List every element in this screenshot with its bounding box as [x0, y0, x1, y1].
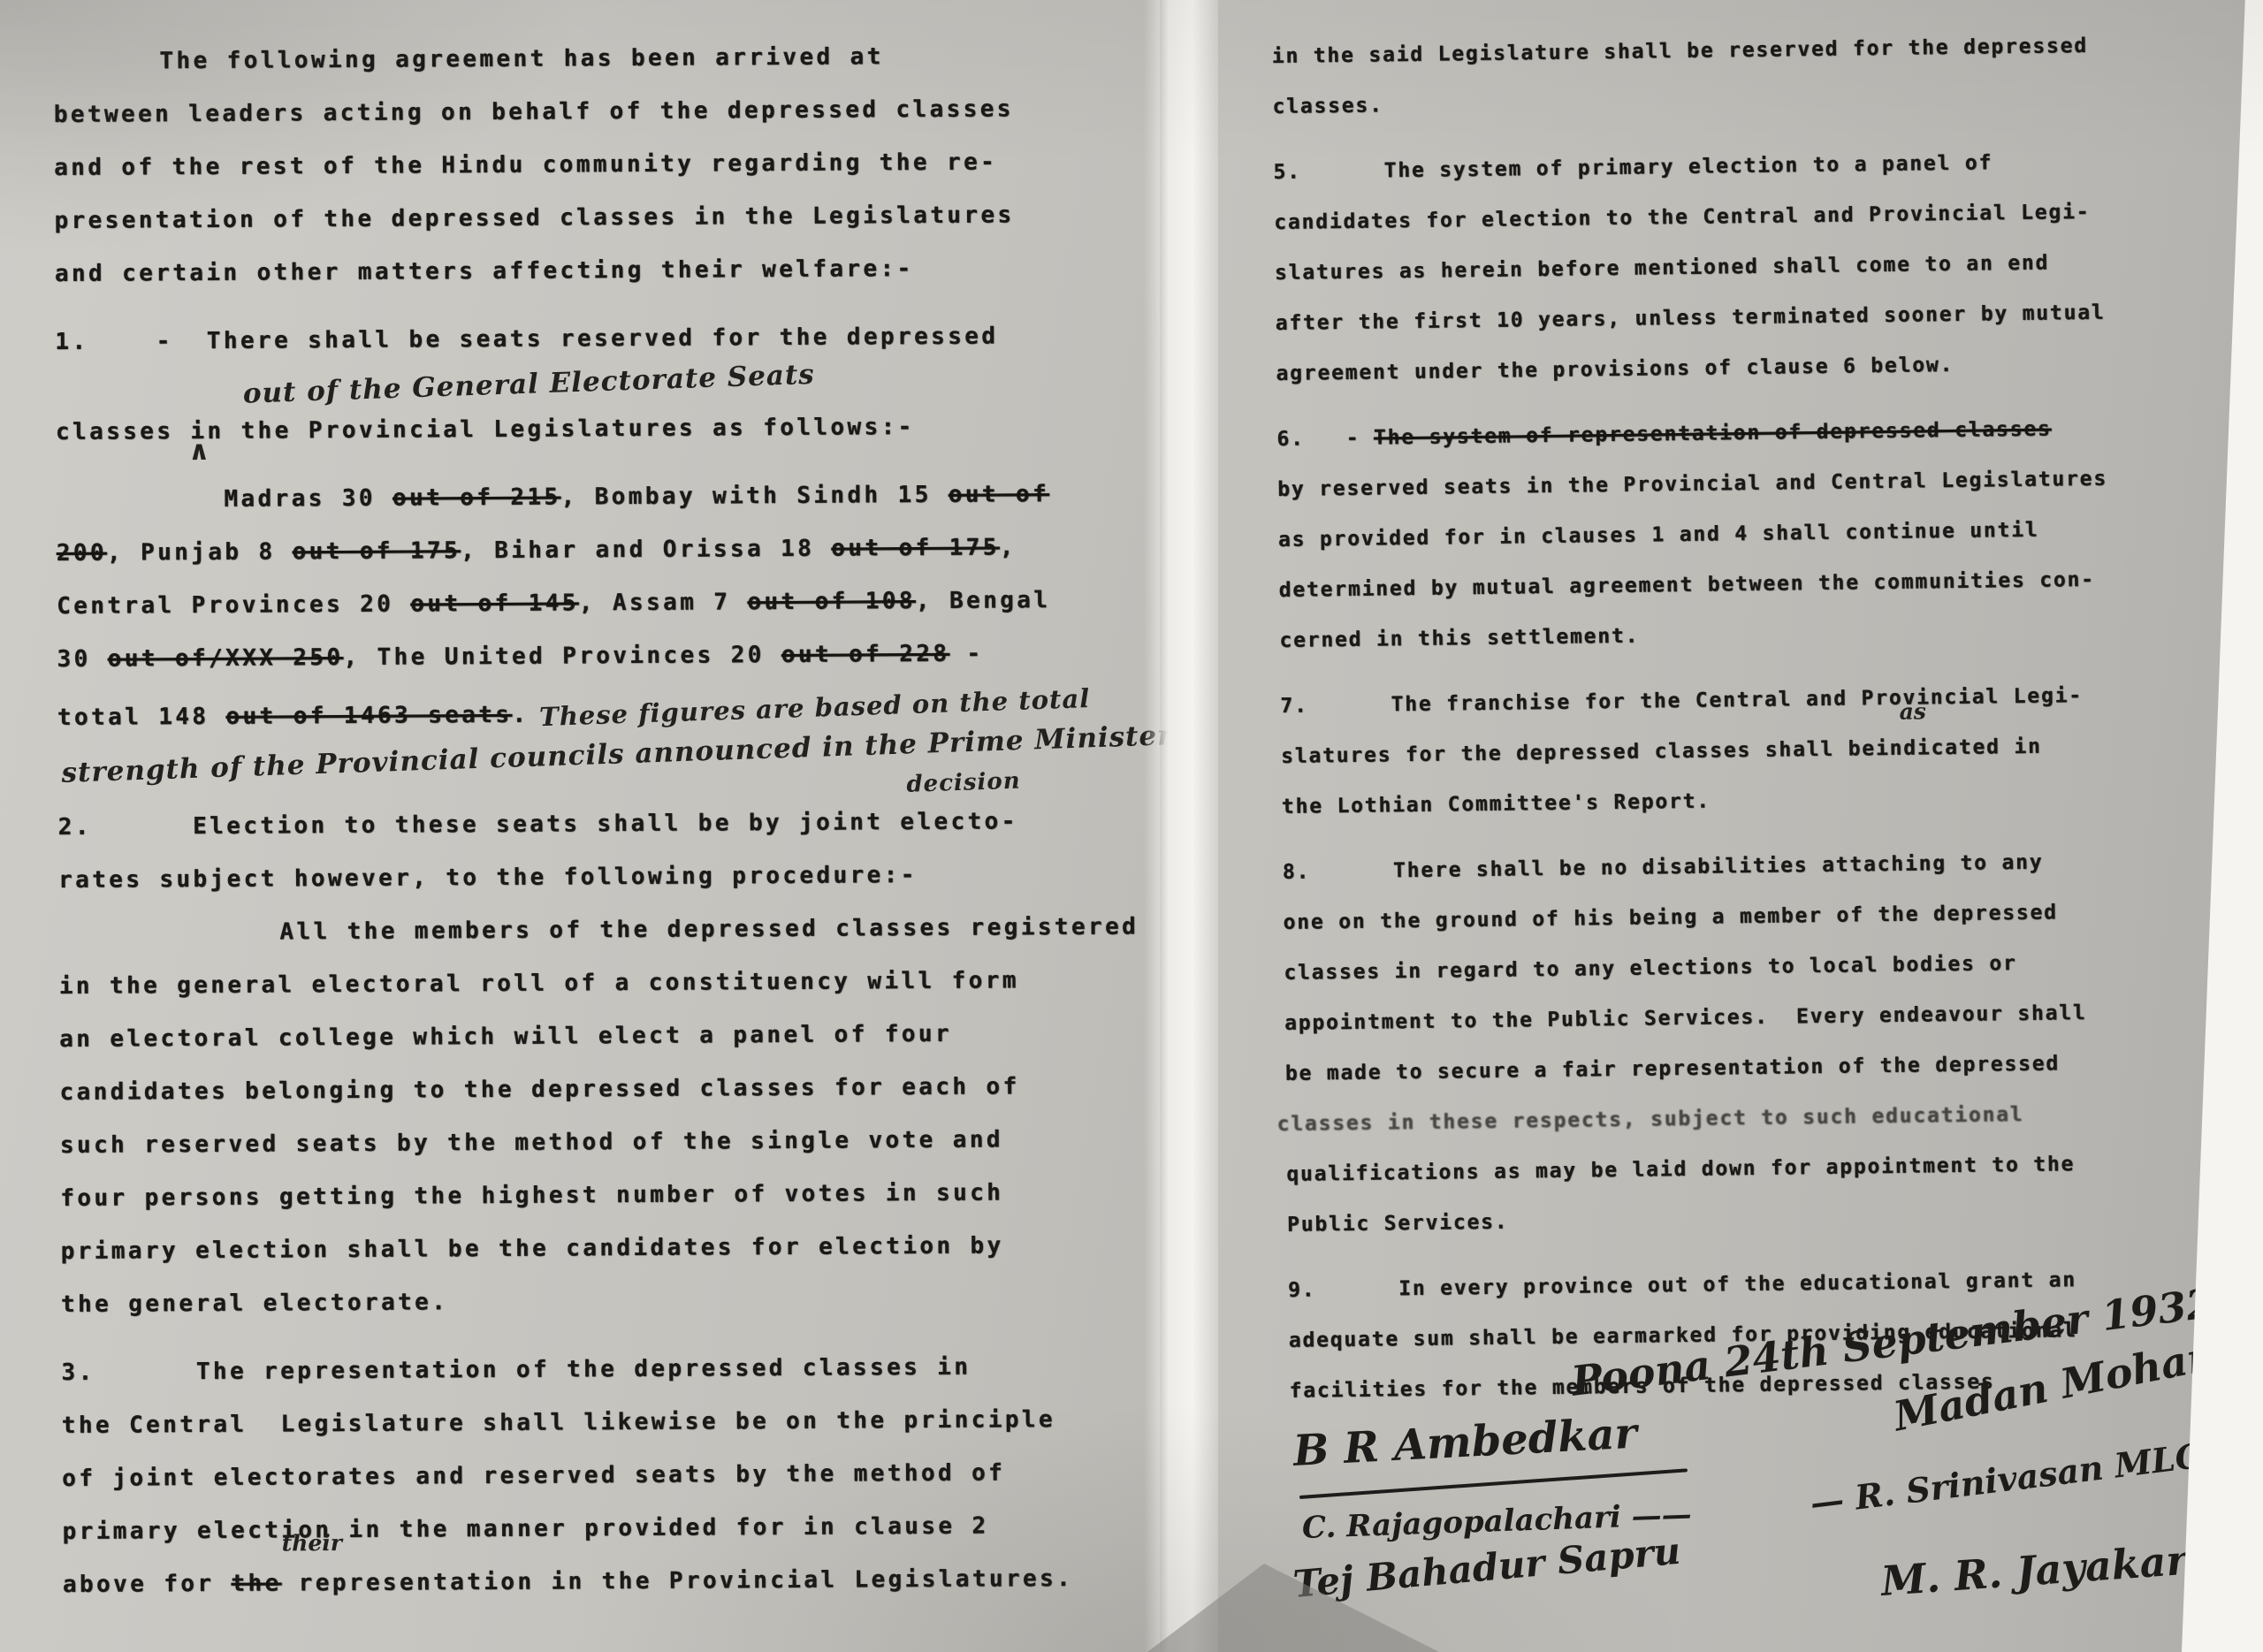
- typed-text: agreement under the provisions of clause…: [1276, 354, 1954, 385]
- typed-text: primary election in the manner provided …: [62, 1513, 988, 1545]
- typed-line: primary election shall be the candidates…: [60, 1218, 1167, 1278]
- struck-text: out of 145: [410, 590, 579, 617]
- typed-line: 2. Election to these seats shall be by j…: [58, 794, 1165, 854]
- struck-text: out of/XXX 250: [108, 644, 344, 673]
- typed-text: 6. -: [1276, 427, 1374, 451]
- page-text: The following agreement has been arrived…: [0, 0, 1170, 1611]
- typed-line: classes in the Provincial Legislatures a…: [56, 399, 1162, 459]
- typed-text: four persons getting the highest number …: [60, 1179, 1003, 1212]
- typed-text: classes in these respects, subject to su…: [1276, 1103, 2023, 1136]
- typed-line: All the members of the depressed classes…: [279, 900, 1165, 958]
- typed-text: 7. The franchise for the Central and Pro…: [1280, 684, 2083, 718]
- typed-line: 200, Punjab 8 out of 175, Bihar and Oris…: [57, 520, 1163, 580]
- right-page: in the said Legislature shall be reserve…: [1218, 0, 2263, 1652]
- typed-text: All the members of the depressed classes…: [279, 914, 1139, 946]
- typed-text: an electoral college which will elect a …: [59, 1021, 952, 1053]
- typed-text: indicated in: [1876, 735, 2042, 760]
- typed-line: presentation of the depressed classes in…: [54, 187, 1161, 247]
- typed-text: the Central Legislature shall likewise b…: [62, 1406, 1055, 1439]
- typed-line: rates subject however, to the following …: [58, 847, 1165, 907]
- caret-mark: ∧: [188, 438, 210, 465]
- typed-text: ,: [1000, 534, 1017, 560]
- typed-line: 3. The representation of the depressed c…: [61, 1339, 1168, 1399]
- typed-text: , The United Provinces 20: [343, 642, 781, 671]
- typed-text: above for: [63, 1571, 232, 1598]
- handwritten-text: decision: [906, 769, 1021, 797]
- typed-text: as provided for in clauses 1 and 4 shall…: [1278, 519, 2039, 552]
- typed-line: an electoral college which will elect a …: [59, 1006, 1166, 1066]
- typed-text: , Bihar and Orissa 18: [461, 536, 831, 565]
- typed-text: of joint electorates and reserved seats …: [62, 1459, 1005, 1492]
- typed-line: Central Provinces 20 out of 145, Assam 7…: [57, 573, 1163, 633]
- typed-line: in the general electoral roll of a const…: [59, 953, 1166, 1013]
- typed-line: above for the representation in the Prov…: [63, 1551, 1170, 1611]
- typed-text: the general electorate.: [61, 1289, 448, 1318]
- typed-text: Central Provinces 20: [57, 591, 410, 620]
- typed-text: total 148: [57, 704, 226, 731]
- typed-text: after the first 10 years, unless termina…: [1276, 301, 2106, 335]
- typed-text: 9. In every province out of the educatio…: [1288, 1268, 2076, 1302]
- typed-text: , Assam 7: [579, 589, 748, 616]
- typed-text: classes in regard to any elections to lo…: [1284, 952, 2017, 985]
- handwritten-note: as: [1899, 700, 1926, 722]
- typed-line: and of the rest of the Hindu community r…: [54, 134, 1161, 194]
- left-page: The following agreement has been arrived…: [0, 0, 1160, 1652]
- typed-text: slatures for the depressed classes shall…: [1281, 737, 1876, 768]
- typed-text: representation in the Provincial Legisla…: [282, 1565, 1074, 1596]
- struck-text: the: [231, 1570, 281, 1596]
- typed-text: presentation of the depressed classes in…: [54, 202, 1014, 234]
- typed-text: the Lothian Committee's Report.: [1282, 790, 1711, 818]
- handwritten-line: out of the General Electorate Seats: [243, 362, 1162, 404]
- struck-text: out of 108: [747, 588, 916, 615]
- typed-text: classes.: [1272, 94, 1383, 118]
- signature-jayakar: M. R. Jayakar: [1879, 1540, 2189, 1602]
- typed-line: between leaders acting on behalf of the …: [54, 81, 1161, 141]
- typed-line: The following agreement has been arrived…: [159, 28, 1160, 88]
- struck-text: out of 228: [781, 641, 950, 668]
- page-text: in the said Legislature shall be reserve…: [1218, 0, 2263, 1418]
- signature-ambedkar: B R Ambedkar: [1292, 1412, 1638, 1473]
- typed-line: the Central Legislature shall likewise b…: [62, 1392, 1169, 1452]
- typed-text: appointment to the Public Services. Ever…: [1284, 1001, 2087, 1035]
- typed-text: candidates belonging to the depressed cl…: [59, 1073, 1019, 1106]
- typed-text: qualifications as may be laid down for a…: [1286, 1153, 2075, 1186]
- typed-line: the general electorate.: [61, 1271, 1168, 1331]
- typed-text: rates subject however, to the following …: [58, 862, 918, 894]
- typed-text: 2. Election to these seats shall be by j…: [58, 808, 1018, 841]
- typed-text: by reserved seats in the Provincial and …: [1277, 468, 2107, 501]
- struck-text: 200: [57, 540, 107, 567]
- typed-text: slatures as herein before mentioned shal…: [1275, 252, 2050, 285]
- typed-text: determined by mutual agreement between t…: [1279, 568, 2095, 602]
- typed-text: and of the rest of the Hindu community r…: [54, 148, 997, 181]
- typed-text: 1. - There shall be seats reserved for t…: [55, 323, 998, 355]
- document-photo: The following agreement has been arrived…: [0, 0, 2263, 1652]
- typed-text: and certain other matters affecting thei…: [55, 255, 914, 287]
- signature-ambedkar-underline: [1299, 1468, 1688, 1499]
- typed-text: between leaders acting on behalf of the …: [54, 95, 1014, 128]
- handwritten-line: decision: [906, 769, 1164, 796]
- struck-text: out of: [949, 481, 1050, 508]
- typed-line: Madras 30 out of 215, Bombay with Sindh …: [224, 467, 1162, 525]
- struck-text: out of 1463 seats: [225, 702, 512, 730]
- typed-text: one on the ground of his being a member …: [1283, 901, 2058, 933]
- handwritten-note: their: [282, 1532, 342, 1554]
- struck-text: out of 175: [292, 537, 461, 565]
- typed-line: candidates belonging to the depressed cl…: [59, 1059, 1166, 1119]
- typed-text: candidates for election to the Central a…: [1274, 201, 2090, 234]
- typed-text: 30: [57, 646, 107, 673]
- typed-text: .: [512, 702, 529, 728]
- typed-text: be made to secure a fair representation …: [1285, 1052, 2061, 1085]
- typed-text: -: [949, 641, 983, 667]
- typed-text: Public Services.: [1287, 1211, 1509, 1237]
- typed-text: cerned in this settlement.: [1279, 625, 1639, 652]
- typed-text: in the general electoral roll of a const…: [59, 967, 1019, 1000]
- typed-text: , Bombay with Sindh 15: [560, 482, 948, 511]
- typed-line: four persons getting the highest number …: [60, 1165, 1167, 1225]
- typed-text: such reserved seats by the method of the…: [60, 1126, 1003, 1159]
- typed-text: classes in the Provincial Legislatures a…: [56, 414, 915, 445]
- typed-text: in the said Legislature shall be reserve…: [1272, 34, 2088, 68]
- struck-text: out of 215: [392, 484, 561, 512]
- typed-line: and certain other matters affecting thei…: [55, 240, 1162, 301]
- typed-text: Madras 30: [224, 485, 392, 513]
- typed-text: , Punjab 8: [107, 538, 293, 566]
- typed-line: primary election in the manner provided …: [62, 1498, 1169, 1558]
- struck-text: The system of representation of depresse…: [1374, 417, 2052, 449]
- typed-line: of joint electorates and reserved seats …: [62, 1445, 1169, 1505]
- typed-text: 8. There shall be no disabilities attach…: [1283, 851, 2044, 884]
- typed-text: , Bengal: [916, 587, 1051, 614]
- struck-text: out of 175: [831, 534, 1000, 561]
- typed-line: 1. - There shall be seats reserved for t…: [55, 308, 1162, 369]
- typed-text: 5. The system of primary election to a p…: [1273, 151, 1993, 184]
- typed-line: such reserved seats by the method of the…: [60, 1112, 1167, 1172]
- typed-text: The following agreement has been arrived…: [159, 43, 883, 74]
- typed-text: 3. The representation of the depressed c…: [61, 1354, 971, 1386]
- typed-text: primary election shall be the candidates…: [61, 1232, 1004, 1265]
